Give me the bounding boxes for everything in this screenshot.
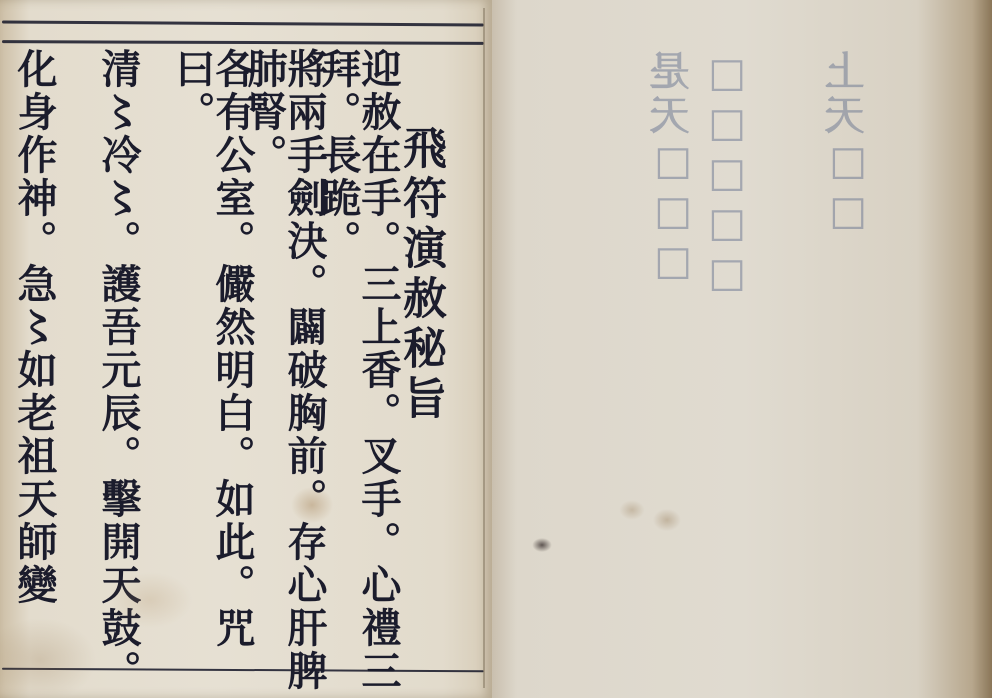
text-column-5: 清〻冷〻。護吾元辰。擊開天鼓。 [98,48,138,693]
book-spread: 飛符演赦秘旨 迎赦在手。三上香。叉手。心禮三拜。長跪。 將兩手劍決。闢破胸前。存… [0,0,992,698]
text-column-6: 化身作神。急〻如老祖天師變 [14,48,54,607]
page-fold-edge [483,8,485,688]
top-border-rule-outer [2,21,484,27]
text-column-4: 各有公室。儼然明白。如此。咒曰。 [172,48,252,698]
show-through-column-3: 上天□□ [827,50,869,238]
show-through-column-2: □□□□□ [706,50,748,300]
text-column-title: 飛符演赦秘旨 [398,125,442,425]
top-border-rule-inner [2,40,484,45]
right-page: 是天□□□ □□□□□ 上天□□ [492,0,992,698]
left-page: 飛符演赦秘旨 迎赦在手。三上香。叉手。心禮三拜。長跪。 將兩手劍決。闢破胸前。存… [0,0,492,698]
text-column-2: 迎赦在手。三上香。叉手。心禮三拜。長跪。 [318,48,398,698]
show-through-column-1: 是天□□□ [652,50,694,288]
text-column-3: 將兩手劍決。闢破胸前。存心肝脾肺腎。 [244,48,324,698]
